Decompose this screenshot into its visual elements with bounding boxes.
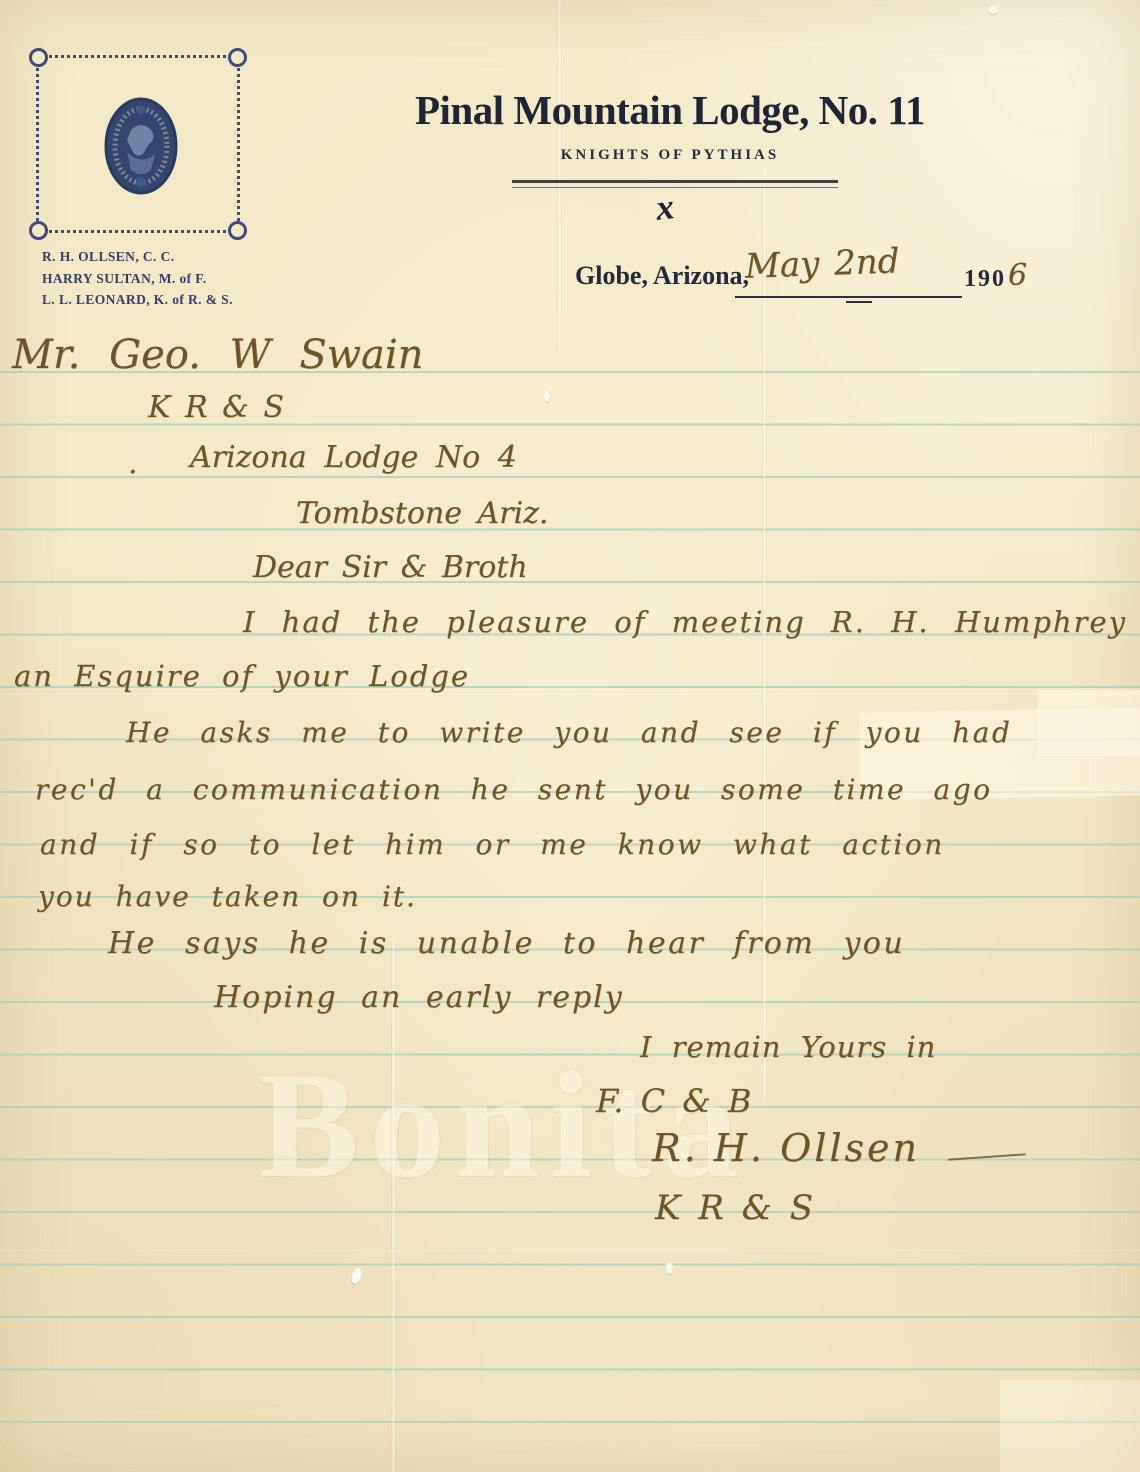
lodge-subtitle: KNIGHTS OF PYTHIAS — [400, 147, 940, 164]
officer-list: R. H. OLLSEN, C. C. HARRY SULTAN, M. of … — [42, 246, 233, 311]
handwritten-year: 6 — [1008, 258, 1027, 293]
signature: R. H. Ollsen — [652, 1126, 920, 1170]
paper-crease — [557, 0, 562, 350]
address-line: Tombstone Ariz. — [296, 496, 548, 531]
salutation-line: Dear Sir & Broth — [253, 550, 528, 585]
address-line: K R & S — [148, 390, 284, 425]
date-underline-tick — [846, 301, 872, 303]
knights-of-pythias-crest-icon — [101, 94, 181, 198]
paper-chip — [350, 1267, 364, 1285]
body-line: rec'd a communication he sent you some t… — [35, 773, 992, 806]
date-underline — [735, 296, 962, 298]
signature-flourish — [948, 1153, 1026, 1160]
officer-line: L. L. LEONARD, K. of R. & S. — [42, 289, 233, 311]
body-line: you have taken on it. — [38, 880, 417, 913]
paper-chip — [988, 6, 998, 14]
header-rule — [512, 180, 838, 188]
header-ornament-icon: x — [654, 185, 676, 229]
lodge-title: Pinal Mountain Lodge, No. 11 — [400, 86, 940, 134]
body-line: He says he is unable to hear from you — [108, 926, 905, 961]
dateline-place: Globe, Arizona, — [575, 261, 749, 291]
tape-patch — [1000, 1380, 1140, 1472]
paper-chip — [666, 1262, 673, 1274]
address-line: Arizona Lodge No 4 — [190, 440, 517, 475]
frame-corner-knot — [29, 48, 48, 67]
tape-patch — [859, 708, 1140, 801]
tape-patch — [1038, 690, 1140, 756]
paper-crease — [0, 1248, 1140, 1252]
body-line: and if so to let him or me know what act… — [40, 828, 945, 861]
addressee-line: Mr. Geo. W Swain — [12, 332, 423, 378]
body-line: I had the pleasure of meeting R. H. Hump… — [243, 605, 1127, 639]
frame-corner-knot — [29, 221, 48, 240]
lodge-seal-frame — [36, 55, 240, 233]
officer-line: R. H. OLLSEN, C. C. — [42, 246, 233, 268]
paper-chip — [544, 391, 550, 402]
motto-line: F. C & B — [596, 1082, 751, 1120]
handwritten-date: May 2nd — [744, 241, 900, 286]
signature-title: K R & S — [655, 1188, 813, 1228]
ghost-watermark: Bonita — [258, 1038, 749, 1212]
dateline-year-printed: 190 — [964, 266, 1006, 293]
paper-crease — [0, 692, 1140, 696]
paper-crease — [762, 170, 767, 1100]
body-line: an Esquire of your Lodge — [14, 659, 470, 693]
closing-line: I remain Yours in — [640, 1030, 936, 1064]
paper-crease — [391, 940, 396, 1472]
body-line: He asks me to write you and see if you h… — [126, 716, 1012, 749]
frame-corner-knot — [228, 221, 247, 240]
address-dot: . — [128, 446, 138, 481]
ruled-lines — [0, 371, 1140, 1472]
letter-page: Bonita R. H. OLLSEN, C. C. HARRY SULTAN,… — [0, 0, 1140, 1472]
frame-corner-knot — [228, 48, 247, 67]
officer-line: HARRY SULTAN, M. of F. — [42, 268, 233, 290]
body-line: Hoping an early reply — [214, 980, 624, 1015]
